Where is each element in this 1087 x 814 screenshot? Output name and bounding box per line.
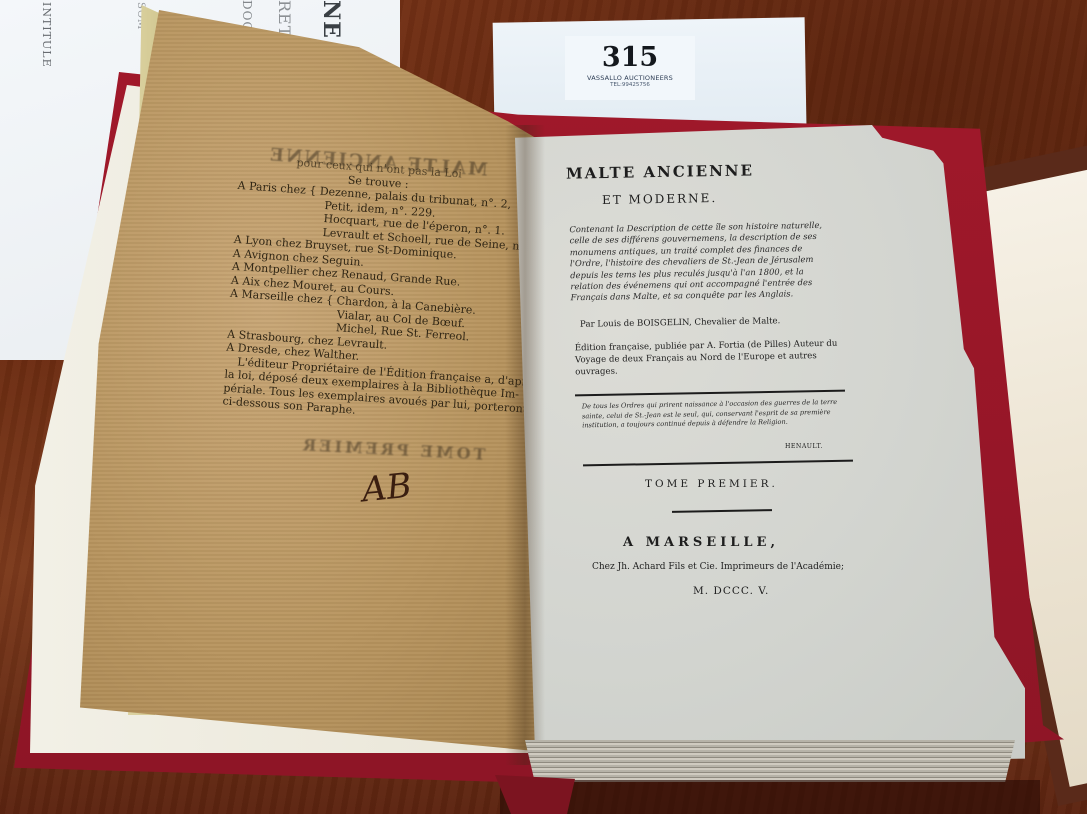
epigraph: De tous les Ordres qui prirent naissance… xyxy=(582,398,852,431)
auction-lot-label: 315 VASSALLO AUCTIONEERS TEL:99425756 xyxy=(565,36,695,100)
photo-scene: INTITULE SOM DOCUMENTS RETERE NE 3/E/3 3… xyxy=(0,0,1087,814)
edition-line: Édition française, publiée par A. Fortia… xyxy=(575,338,846,379)
left-page-text: pour ceux qui n'ont pas la Loi Se trouve… xyxy=(222,152,519,427)
handwritten-paraphe: AB xyxy=(360,466,413,511)
title-line-1: MALTE ANCIENNE xyxy=(566,161,754,182)
publication-date: M. DCCC. V. xyxy=(693,585,769,597)
publication-city: A MARSEILLE, xyxy=(623,535,779,550)
printer-line: Chez Jh. Achard Fils et Cie. Imprimeurs … xyxy=(592,562,844,572)
book-shadow xyxy=(500,780,1040,814)
background-text: NE xyxy=(318,0,344,39)
epigraph-author: HENAULT. xyxy=(785,443,823,450)
book-gutter xyxy=(505,125,545,765)
auctioneer-name: VASSALLO AUCTIONEERS xyxy=(565,74,695,82)
auctioneer-tel: TEL:99425756 xyxy=(565,82,695,88)
background-text: INTITULE xyxy=(40,2,53,68)
title-line-2: ET MODERNE. xyxy=(602,191,717,207)
lot-number: 315 xyxy=(565,44,695,72)
volume-label: TOME PREMIER. xyxy=(645,478,778,490)
title-description: Contenant la Description de cette île so… xyxy=(569,220,830,304)
deckled-page-edges xyxy=(525,740,1015,782)
